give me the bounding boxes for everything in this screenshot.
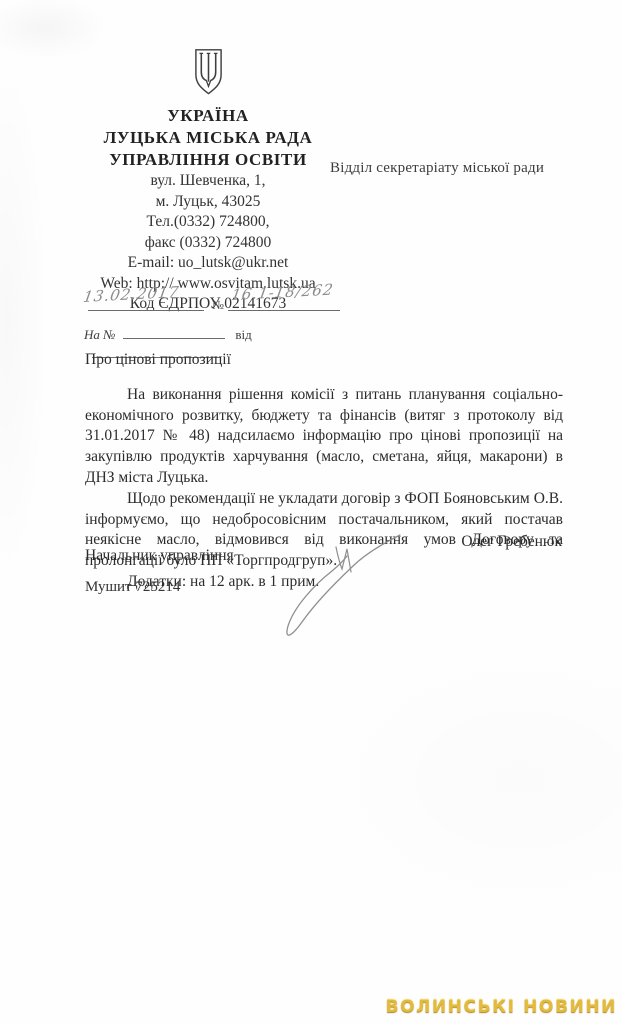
- address-street: вул. Шевченка, 1,: [80, 171, 336, 192]
- country-name: УКРАЇНА: [80, 105, 336, 127]
- signer-name: Олег Гребенюк: [461, 533, 562, 551]
- letterhead: УКРАЇНА ЛУЦЬКА МІСЬКА РАДА УПРАВЛІННЯ ОС…: [80, 48, 336, 315]
- na-label: На №: [84, 327, 115, 342]
- email-line: E-mail: uo_lutsk@ukr.net: [80, 253, 336, 274]
- phone-line: Тел.(0332) 724800,: [80, 212, 336, 233]
- org-name-line1: ЛУЦЬКА МІСЬКА РАДА: [80, 127, 336, 149]
- scanned-letter-page: УКРАЇНА ЛУЦЬКА МІСЬКА РАДА УПРАВЛІННЯ ОС…: [0, 0, 622, 1024]
- subject-line: Про цінові пропозиції: [85, 350, 563, 371]
- ukraine-trident-icon: [190, 48, 227, 96]
- executor-line: Мушит 725214: [85, 579, 180, 596]
- fax-line: факс (0332) 724800: [80, 233, 336, 254]
- reply-number-blank: [123, 324, 225, 339]
- routing-note: Відділ секретаріату міської ради: [330, 160, 570, 177]
- news-watermark: ВОЛИНСЬКІ НОВИНИ: [386, 997, 617, 1017]
- org-name-line2: УПРАВЛІННЯ ОСВІТИ: [80, 149, 336, 171]
- number-sign: №: [212, 298, 224, 313]
- paragraph-1: На виконання рішення комісії з питань пл…: [85, 385, 563, 489]
- signer-title: Начальник управління: [85, 547, 234, 565]
- reply-ref-line: На №від: [84, 324, 384, 342]
- vid-label: від: [235, 327, 251, 342]
- outgoing-ref-line: № 13.02.2017 16.1-18/262: [88, 296, 340, 316]
- address-city: м. Луцьк, 43025: [80, 192, 336, 213]
- handwritten-signature: [272, 527, 412, 649]
